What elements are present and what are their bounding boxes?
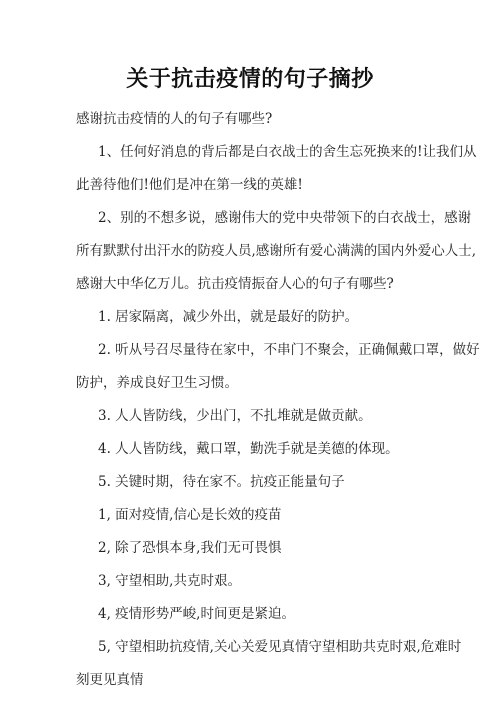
list-item: 1. 居家隔离，减少外出，就是最好的防护。 — [98, 305, 358, 325]
paragraph-line: 2、别的不想多说，感谢伟大的党中央带领下的白衣战士，感谢 — [98, 206, 471, 226]
list-item: 1, 面对疫情,信心是长效的疫苗 — [98, 503, 281, 523]
question-heading-1: 感谢抗击疫情的人的句子有哪些? — [76, 107, 272, 127]
list-item: 4, 疫情形势严峻,时间更是紧迫。 — [98, 602, 295, 622]
list-item: 4. 人人皆防线，戴口罩，勤洗手就是美德的体现。 — [98, 437, 399, 457]
document-title: 关于抗击疫情的句子摘抄 — [0, 62, 500, 93]
list-item: 2. 听从号召尽量待在家中，不串门不聚会，正确佩戴口罩，做好 — [98, 338, 480, 358]
list-item: 5, 守望相助抗疫情,关心关爱见真情守望相助共克时艰,危难时 — [98, 635, 461, 655]
paragraph-line: 此善待他们!他们是冲在第一线的英雄! — [76, 173, 303, 193]
paragraph-line: 所有默默付出汗水的防疫人员,感谢所有爱心满满的国内外爱心人士, — [76, 239, 476, 259]
paragraph-line: 感谢大中华亿万儿。抗击疫情振奋人心的句子有哪些? — [76, 272, 394, 292]
list-item: 3. 人人皆防线，少出门，不扎堆就是做贡献。 — [98, 404, 372, 424]
list-item: 2, 除了恐惧本身,我们无可畏惧 — [98, 536, 281, 556]
list-item: 3, 守望相助,共克时艰。 — [98, 569, 241, 589]
list-item-continued: 刻更见真情 — [76, 668, 144, 688]
paragraph-line: 1、任何好消息的背后都是白衣战士的舍生忘死换来的!让我们从 — [98, 140, 477, 160]
list-item: 5. 关键时期，待在家不。抗疫正能量句子 — [98, 470, 345, 490]
list-item-continued: 防护，养成良好卫生习惯。 — [76, 371, 238, 391]
document-page: 关于抗击疫情的句子摘抄 感谢抗击疫情的人的句子有哪些? 1、任何好消息的背后都是… — [0, 0, 500, 707]
